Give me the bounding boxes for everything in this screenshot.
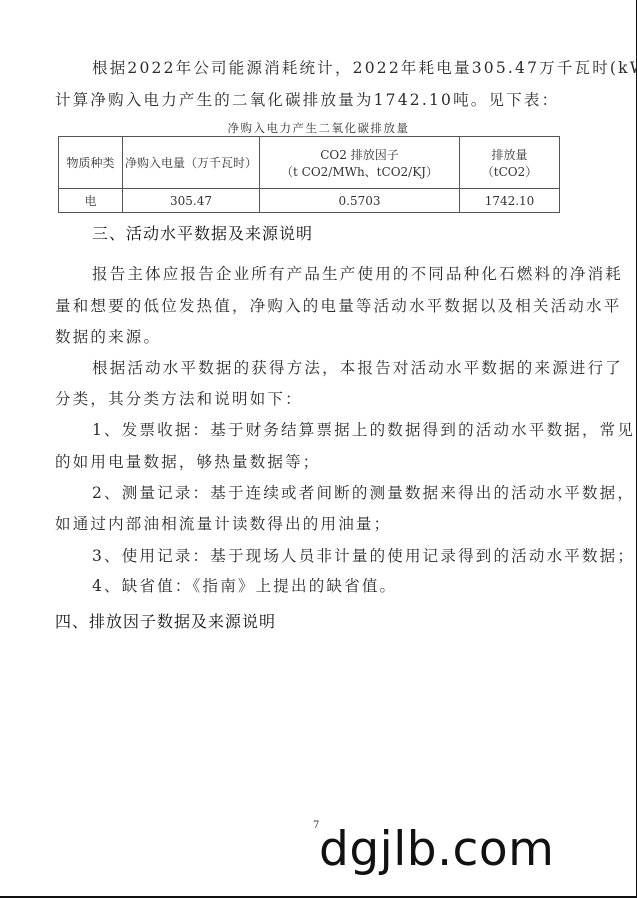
list-item: 4、缺省值：《指南》上提出的缺省值。: [92, 576, 397, 596]
paragraph-line: 数据的来源。: [55, 327, 161, 347]
paragraph-line: 根据活动水平数据的获得方法，本报告对活动水平数据的来源进行了: [92, 358, 623, 378]
header-emission-factor: CO2 排放因子 （t CO2/MWh、tCO2/KJ）: [260, 137, 460, 189]
watermark: dgjlb.com: [319, 822, 554, 877]
header-emissions-title: 排放量: [460, 146, 559, 163]
list-item: 1、发票收据：基于财务结算票据上的数据得到的活动水平数据，常见: [92, 420, 635, 440]
header-emissions: 排放量 （tCO2）: [460, 137, 560, 189]
intro-line-2: 计算净购入电力产生的二氧化碳排放量为1742.10吨。见下表：: [55, 90, 559, 110]
paragraph-line: 分类，其分类方法和说明如下：: [55, 389, 303, 409]
cell-material: 电: [59, 189, 123, 213]
cell-power: 305.47: [123, 189, 260, 213]
header-net-purchased-power: 净购入电量（万千瓦时）: [123, 137, 260, 189]
table-header-row: 物质种类 净购入电量（万千瓦时） CO2 排放因子 （t CO2/MWh、tCO…: [59, 137, 560, 189]
emission-table: 物质种类 净购入电量（万千瓦时） CO2 排放因子 （t CO2/MWh、tCO…: [58, 136, 560, 213]
cell-factor: 0.5703: [260, 189, 460, 213]
list-item-continuation: 如通过内部油相流量计读数得出的用油量；: [55, 514, 391, 534]
table-row: 电 305.47 0.5703 1742.10: [59, 189, 560, 213]
cell-emissions: 1742.10: [460, 189, 560, 213]
header-emission-factor-unit: （t CO2/MWh、tCO2/KJ）: [260, 163, 459, 180]
list-item: 3、使用记录：基于现场人员非计量的使用记录得到的活动水平数据；: [92, 546, 635, 566]
header-emission-factor-title: CO2 排放因子: [260, 146, 459, 163]
list-item: 2、测量记录：基于连续或者间断的测量数据来得出的活动水平数据，: [92, 483, 635, 503]
table-caption: 净购入电力产生二氧化碳排放量: [0, 120, 637, 136]
document-page: 根据2022年公司能源消耗统计，2022年耗电量305.47万千瓦时(kWh)。…: [0, 0, 637, 898]
intro-line-1: 根据2022年公司能源消耗统计，2022年耗电量305.47万千瓦时(kWh)。: [92, 58, 637, 78]
section3-heading: 三、活动水平数据及来源说明: [92, 224, 313, 244]
list-item-continuation: 的如用电量数据，够热量数据等；: [55, 452, 321, 472]
header-material-type: 物质种类: [59, 137, 123, 189]
paragraph-line: 报告主体应报告企业所有产品生产使用的不同品种化石燃料的净消耗: [92, 264, 623, 284]
paragraph-line: 量和想要的低位发热值，净购入的电量等活动水平数据以及相关活动水平: [55, 296, 621, 316]
header-emissions-unit: （tCO2）: [460, 163, 559, 180]
section4-heading: 四、排放因子数据及来源说明: [55, 612, 276, 632]
